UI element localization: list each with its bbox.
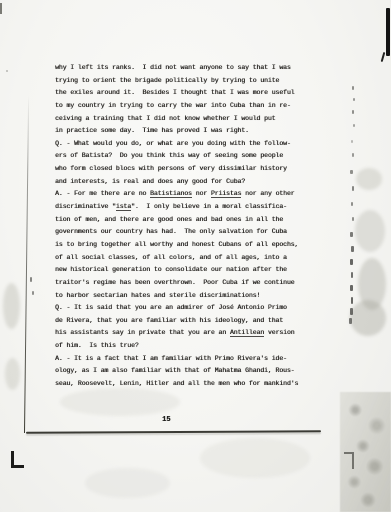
- text-line: and interests, is real and does any good…: [55, 176, 298, 189]
- scan-bar-hook: [381, 52, 386, 62]
- text-segment: seau, Roosevelt, Lenin, Hitler and all t…: [55, 380, 298, 387]
- ghost-smudge: [200, 438, 310, 478]
- text-line: of all social classes, of all colors, an…: [55, 252, 298, 265]
- scan-smudge-right: [355, 210, 385, 252]
- text-segment: ology, as I am also familiar with that o…: [55, 367, 294, 374]
- text-segment: is to bring together all worthy and hone…: [55, 241, 298, 248]
- scan-smudge-left: [3, 283, 20, 329]
- scan-speck: [350, 308, 353, 315]
- text-line: trying to orient the brigade politically…: [55, 75, 298, 88]
- page-number: 15: [162, 416, 170, 424]
- text-line: discriminative "ista". I only believe in…: [55, 201, 298, 214]
- text-line: his assistants say in private that you a…: [55, 327, 298, 340]
- underlined-term: Priistas: [211, 190, 241, 198]
- text-segment: ". I only believe in a moral classifica-: [131, 203, 287, 210]
- underlined-term: Antillean: [230, 329, 264, 337]
- text-line: ers of Batista? Do you think this way of…: [55, 150, 298, 163]
- scan-speck: [30, 277, 32, 282]
- page-edge-line-left: [24, 95, 29, 433]
- scan-smudge-left: [5, 358, 20, 390]
- typewritten-text-block: why I left its ranks. I did not want any…: [55, 62, 298, 391]
- scanned-document-page: why I left its ranks. I did not want any…: [0, 0, 391, 512]
- text-segment: tion of men, and there are good ones and…: [55, 216, 283, 223]
- text-segment: of all social classes, of all colors, an…: [55, 254, 287, 261]
- scan-speck: [353, 98, 355, 101]
- text-segment: who form closed blocs with persons of ve…: [55, 165, 287, 172]
- text-line: ology, as I am also familiar with that o…: [55, 365, 298, 378]
- scan-speck: [351, 297, 353, 304]
- scan-bar-top-right: [386, 8, 390, 56]
- text-segment: in practice some day. Time has proved I …: [55, 127, 249, 134]
- text-line: ceiving a training that I did not know w…: [55, 113, 298, 126]
- text-segment: the exiles around it. Besides I thought …: [55, 89, 294, 96]
- ghost-smudge: [60, 388, 180, 416]
- text-segment: ers of Batista? Do you think this way of…: [55, 152, 283, 159]
- scan-strip-left-edge: [0, 3, 2, 14]
- text-segment: trying to orient the brigade politically…: [55, 77, 279, 84]
- text-segment: to harbor sectarian hates and sterile di…: [55, 292, 260, 299]
- text-line: tion of men, and there are good ones and…: [55, 214, 298, 227]
- scan-speck: [349, 318, 352, 324]
- text-segment: version: [264, 329, 294, 336]
- page-edge-line-bottom: [26, 430, 321, 433]
- text-line: Q. - What would you do, or what are you …: [55, 138, 298, 151]
- scan-speck: [351, 202, 353, 206]
- corner-mark-bottom-left: [11, 465, 24, 468]
- scan-smudge-right: [350, 300, 386, 336]
- text-line: de Rivera, that you are familiar with hi…: [55, 315, 298, 328]
- text-segment: A. - It is a fact that I am familiar wit…: [55, 355, 287, 362]
- text-segment: nor any other: [241, 190, 294, 197]
- text-segment: A. - For me there are no: [55, 190, 150, 197]
- text-segment: to my country in trying to carry the war…: [55, 102, 291, 109]
- scan-speck: [352, 110, 354, 114]
- scan-speck: [351, 272, 353, 278]
- text-line: to harbor sectarian hates and sterile di…: [55, 290, 298, 303]
- scan-speck: [350, 259, 353, 265]
- text-line: why I left its ranks. I did not want any…: [55, 62, 298, 75]
- text-line: of him. Is this true?: [55, 340, 298, 353]
- text-line: in practice some day. Time has proved I …: [55, 125, 298, 138]
- text-segment: why I left its ranks. I did not want any…: [55, 64, 291, 71]
- scan-speck: [32, 291, 34, 295]
- text-line: A. - For me there are no Batistianos nor…: [55, 188, 298, 201]
- text-segment: Q. - What would you do, or what are you …: [55, 140, 291, 147]
- scan-speck: [352, 86, 354, 90]
- ghost-smudge: [85, 468, 170, 498]
- text-segment: of him. Is this true?: [55, 342, 139, 349]
- scan-speck: [352, 153, 354, 157]
- text-segment: ceiving a training that I did not know w…: [55, 115, 275, 122]
- text-segment: his assistants say in private that you a…: [55, 329, 230, 336]
- scan-texture-bottom-right: [340, 392, 391, 512]
- scan-smudge-right: [356, 168, 382, 190]
- text-line: who form closed blocs with persons of ve…: [55, 163, 298, 176]
- text-line: A. - It is a fact that I am familiar wit…: [55, 353, 298, 366]
- text-line: traitor's regime has been overthrown. Po…: [55, 277, 298, 290]
- text-line: the exiles around it. Besides I thought …: [55, 87, 298, 100]
- scan-speck: [6, 70, 8, 72]
- scan-speck: [350, 285, 353, 291]
- text-segment: new historical generation to consolidate…: [55, 266, 287, 273]
- scan-speck: [350, 232, 353, 237]
- text-line: is to bring together all worthy and hone…: [55, 239, 298, 252]
- text-segment: nor: [192, 190, 211, 197]
- scan-speck: [351, 140, 353, 143]
- underlined-term: Batistianos: [150, 190, 192, 198]
- text-segment: discriminative ": [55, 203, 116, 210]
- text-segment: Q. - It is said that you are an admirer …: [55, 304, 287, 311]
- scan-speck: [351, 246, 354, 252]
- text-segment: de Rivera, that you are familiar with hi…: [55, 317, 283, 324]
- scan-speck: [352, 217, 354, 221]
- scan-speck: [350, 170, 353, 174]
- text-line: to my country in trying to carry the war…: [55, 100, 298, 113]
- text-segment: and interests, is real and does any good…: [55, 178, 245, 185]
- text-segment: traitor's regime has been overthrown. Po…: [55, 279, 294, 286]
- text-line: Q. - It is said that you are an admirer …: [55, 302, 298, 315]
- text-line: governments our country has had. The onl…: [55, 226, 298, 239]
- scan-speck: [352, 186, 354, 191]
- text-segment: governments our country has had. The onl…: [55, 228, 287, 235]
- scan-speck: [353, 124, 355, 127]
- text-line: new historical generation to consolidate…: [55, 264, 298, 277]
- underlined-term: ista: [116, 203, 131, 211]
